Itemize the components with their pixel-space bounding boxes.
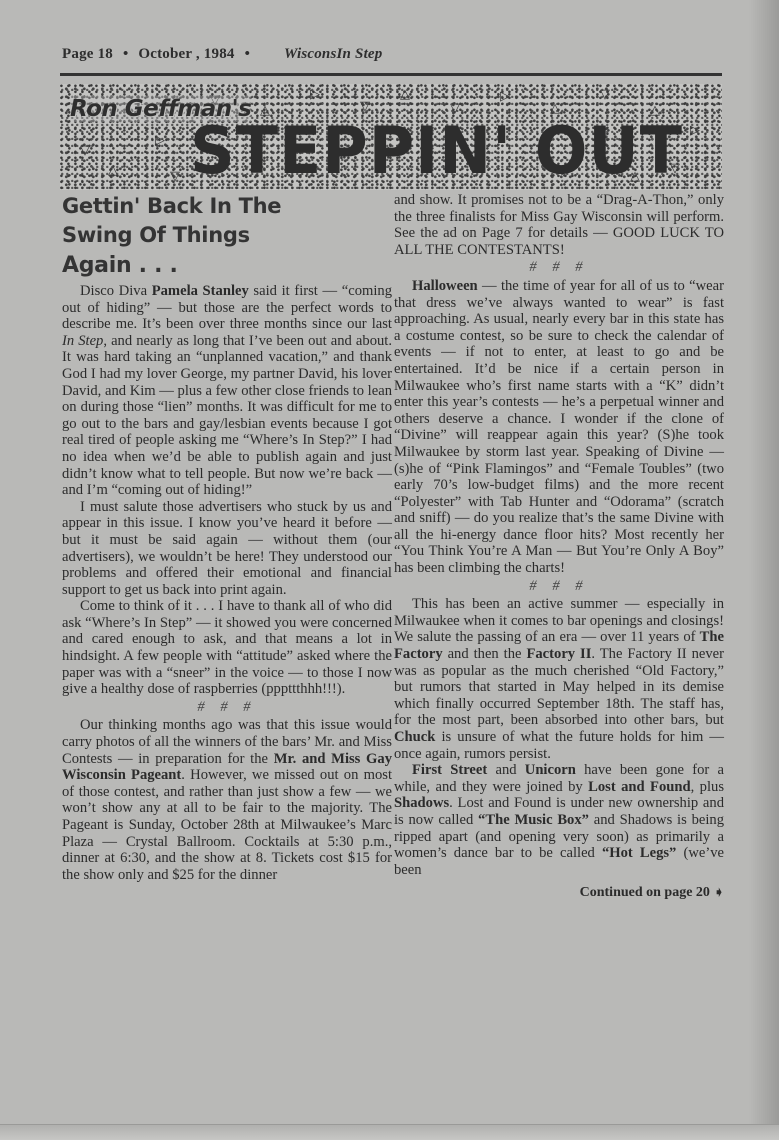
column-title: STEPPIN' OUT: [190, 118, 683, 183]
text: — the time of year for all of us to “wea…: [394, 278, 724, 576]
triangle-decoration-icon: ▽: [600, 88, 610, 101]
bullet-separator: •: [245, 46, 250, 62]
triangle-decoration-icon: ▽: [170, 170, 180, 183]
left-column: Gettin' Back In The Swing Of Things Agai…: [62, 192, 392, 883]
page-edge-shadow: [749, 0, 779, 1140]
paragraph-closings: First Street and Unicorn have been gone …: [394, 762, 724, 878]
triangle-decoration-icon: △: [400, 88, 410, 101]
bar-name: Lost and Found: [588, 779, 690, 795]
right-column: and show. It promises not to be a “Drag-…: [394, 192, 724, 902]
section-separator: # # #: [394, 578, 724, 595]
text: and then the: [443, 646, 527, 662]
headline-line-1: Gettin' Back In The: [62, 194, 281, 218]
text: This has been an active summer — especia…: [394, 596, 724, 645]
continue-arrow-icon: ➧: [714, 885, 724, 899]
bullet-separator: •: [123, 46, 128, 62]
bar-name: Factory II: [526, 646, 591, 662]
text: and: [487, 762, 525, 778]
text: is unsure of what the future holds for h…: [394, 729, 724, 762]
person-name: Chuck: [394, 729, 435, 745]
paragraph-summer: This has been an active summer — especia…: [394, 596, 724, 762]
text: , plus: [691, 779, 724, 795]
bar-name: “Hot Legs”: [602, 845, 676, 861]
headline-line-2: Swing Of Things: [62, 223, 250, 247]
triangle-decoration-icon: ▷: [310, 88, 320, 101]
text: , and nearly as long that I’ve been out …: [62, 333, 392, 498]
paragraph-advertisers: I must salute those advertisers who stuc…: [62, 499, 392, 599]
paragraph-intro: Disco Diva Pamela Stanley said it first …: [62, 283, 392, 499]
paragraph-halloween: Halloween — the time of year for all of …: [394, 278, 724, 577]
article-headline: Gettin' Back In The Swing Of Things Agai…: [62, 192, 392, 281]
lead-halloween: Halloween: [412, 278, 478, 294]
bar-name: Shadows: [394, 795, 449, 811]
headline-line-3: Again . . .: [62, 250, 392, 281]
paragraph-pageant: Our thinking months ago was that this is…: [62, 717, 392, 883]
name-pamela-stanley: Pamela Stanley: [152, 283, 249, 299]
page-bottom-edge: [0, 1124, 779, 1140]
masthead: Page 18 • October , 1984 • WisconsIn Ste…: [62, 46, 722, 63]
text: . However, we missed out on most of thos…: [62, 767, 392, 883]
continued-notice: Continued on page 20➧: [394, 884, 724, 902]
bar-name: First Street: [412, 762, 487, 778]
paragraph-thanks: Come to think of it . . . I have to than…: [62, 598, 392, 698]
publication-ref: In Step: [62, 333, 103, 349]
header-rule: [60, 73, 722, 76]
continued-label: Continued on page 20: [580, 885, 710, 900]
publication-name: WisconsIn Step: [284, 46, 383, 62]
triangle-decoration-icon: △: [108, 164, 118, 177]
bar-name: Unicorn: [525, 762, 576, 778]
section-separator: # # #: [62, 699, 392, 716]
section-separator: # # #: [394, 259, 724, 276]
page-number: Page 18: [62, 46, 113, 62]
bar-name: “The Music Box”: [478, 812, 589, 828]
triangle-decoration-icon: ▽: [80, 144, 90, 157]
text: Disco Diva: [80, 283, 152, 299]
triangle-decoration-icon: ▷: [690, 124, 700, 137]
paragraph-pageant-continued: and show. It promises not to be a “Drag-…: [394, 192, 724, 258]
triangle-decoration-icon: ▽: [360, 100, 370, 113]
triangle-decoration-icon: ▷: [155, 134, 165, 147]
triangle-decoration-icon: ▷: [500, 90, 510, 103]
column-banner: ▽ △ ▷ ▽ △ ▷ ▽ △ ▽ ▷ △ ▽ △ ▷ ▽ △ ▽ Ron Ge…: [60, 84, 722, 190]
issue-date: October , 1984: [138, 46, 234, 62]
